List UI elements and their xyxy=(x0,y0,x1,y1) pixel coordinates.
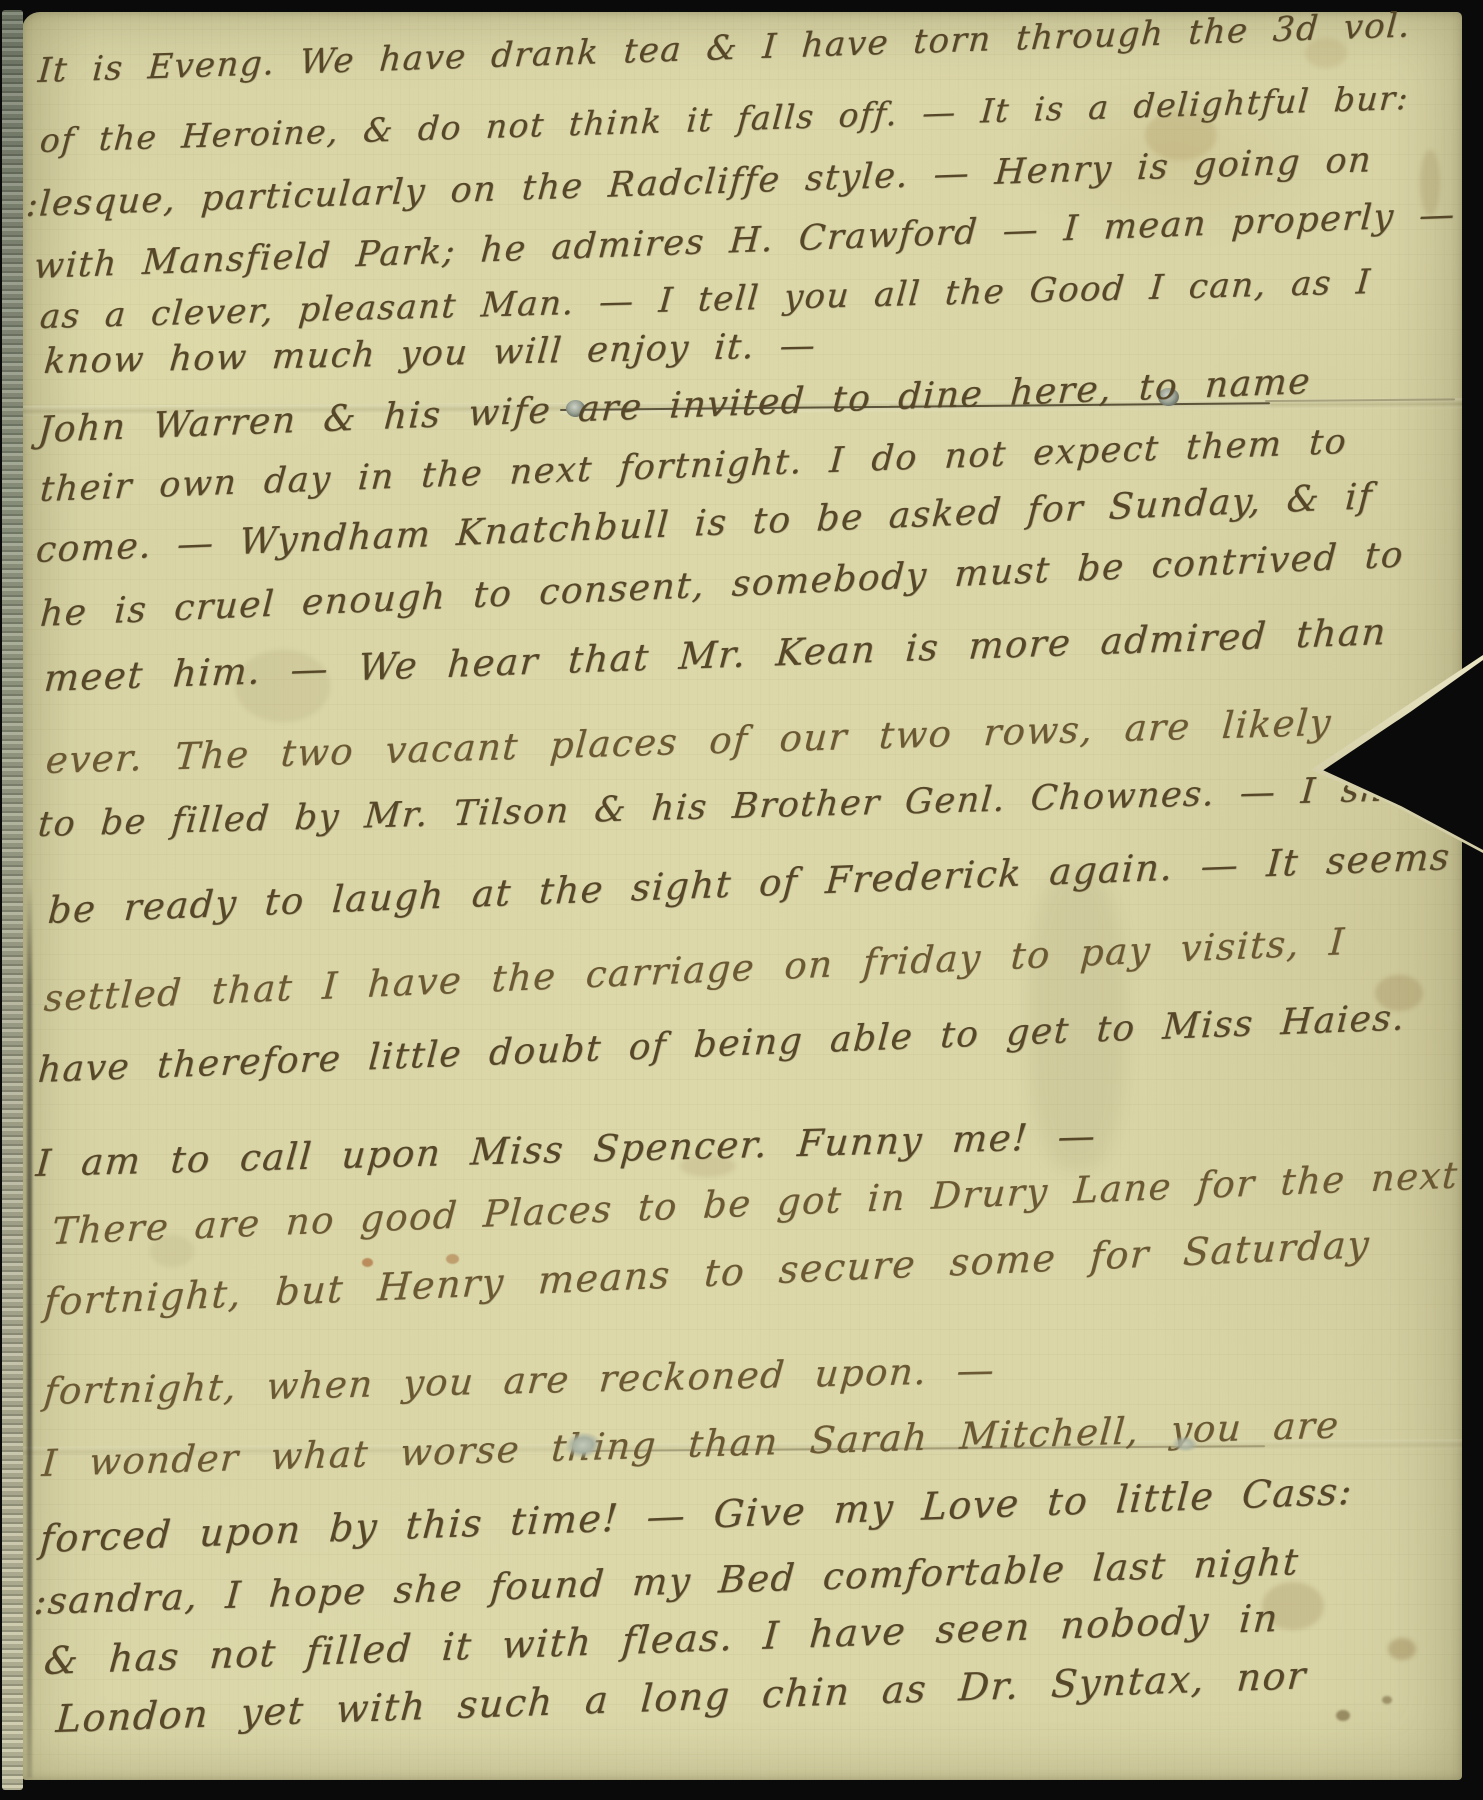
album-binding-edge xyxy=(2,10,23,1790)
page-edge-shadow xyxy=(27,880,32,1778)
letter-text: It is Eveng. We have drank tea & I have … xyxy=(0,0,1483,1800)
letter-line: be ready to laugh at the sight of Freder… xyxy=(47,838,1452,929)
letter-line: know how much you will enjoy it. — xyxy=(43,329,818,380)
letter-line: settled that I have the carriage on frid… xyxy=(43,923,1347,1017)
letter-line: I wonder what worse thing than Sarah Mit… xyxy=(41,1406,1341,1482)
letter-line: I am to call upon Miss Spencer. Funny me… xyxy=(35,1117,1098,1182)
letter-line: It is Eveng. We have drank tea & I have … xyxy=(37,8,1412,88)
letter-line: ever. The two vacant places of our two r… xyxy=(45,704,1334,779)
letter-line: to be filled by Mr. Tilson & his Brother… xyxy=(37,771,1434,843)
letter-line: have therefore little doubt of being abl… xyxy=(37,1000,1407,1089)
letter-line: fortnight, when you are reckoned upon. — xyxy=(42,1351,996,1410)
